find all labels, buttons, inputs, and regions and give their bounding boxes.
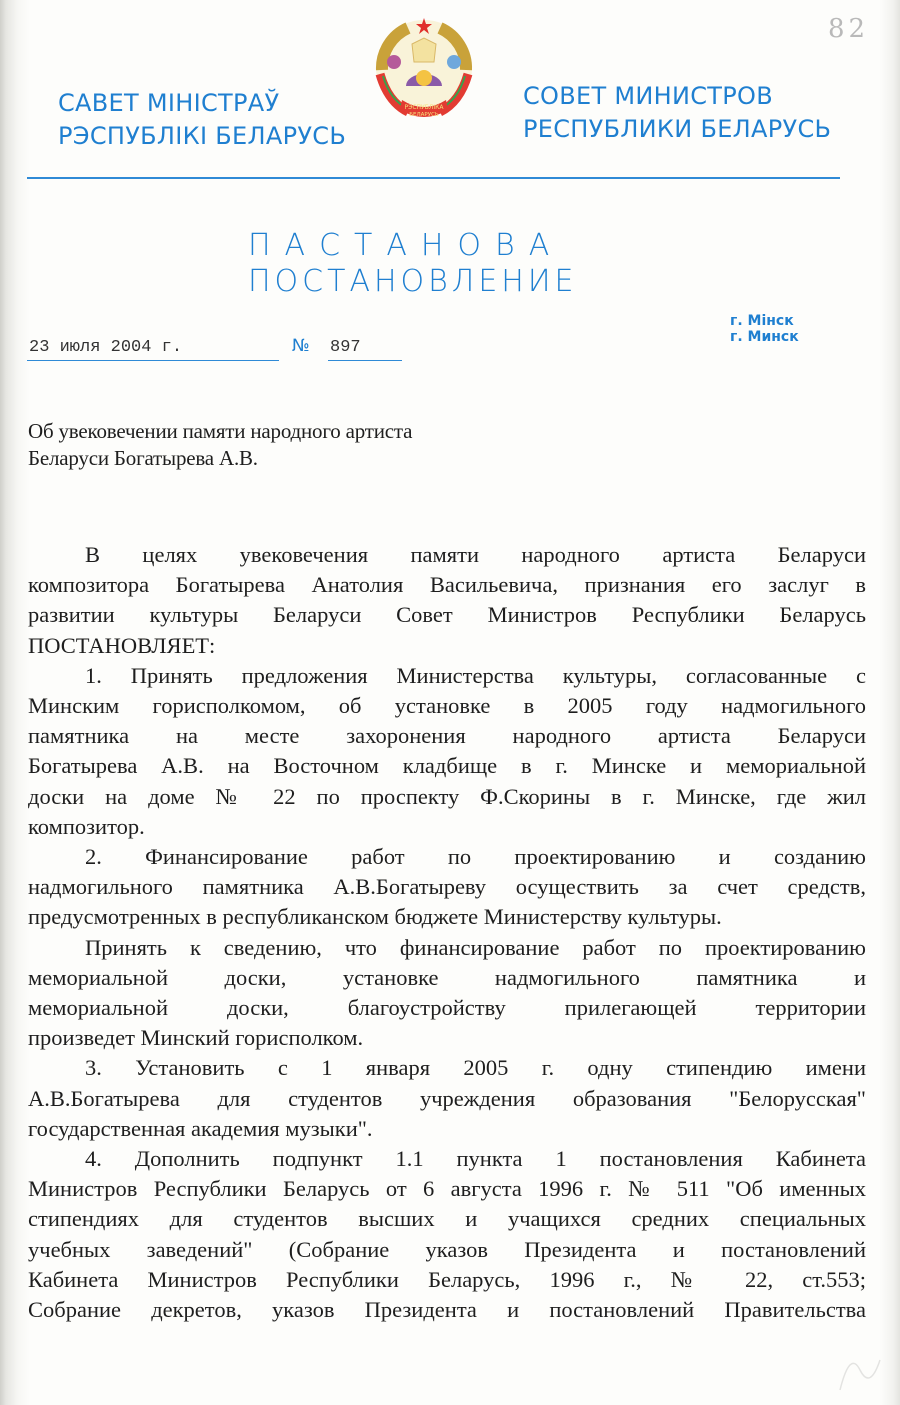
text-line: Минским горисполкомом, об установке в 20… bbox=[28, 691, 866, 721]
item-4-paragraph: 4. Дополнить подпункт 1.1 пункта 1 поста… bbox=[28, 1144, 866, 1325]
document-type-ru: ПОСТАНОВЛЕНИЕ bbox=[248, 264, 577, 300]
item-3-paragraph: 3. Установить с 1 января 2005 г. одну ст… bbox=[28, 1053, 866, 1144]
letterhead-belarusian: САВЕТ МІНІСТРАЎ РЭСПУБЛІКІ БЕЛАРУСЬ bbox=[58, 87, 346, 153]
text-line: учебных заведений" (Собрание указов През… bbox=[28, 1235, 866, 1265]
document-body: В целях увековечения памяти народного ар… bbox=[28, 540, 866, 1325]
text-line: надмогильного памятника А.В.Богатыреву о… bbox=[28, 872, 866, 902]
document-date: 23 июля 2004 г. bbox=[27, 338, 279, 361]
text-line: композитора Богатырева Анатолия Васильев… bbox=[28, 570, 866, 600]
number-label: № bbox=[292, 336, 310, 356]
text-line: предусмотренных в республиканском бюджет… bbox=[28, 902, 866, 932]
text-line: Богатырева А.В. на Восточном кладбище в … bbox=[28, 751, 866, 781]
city-ru: г. Минск bbox=[730, 329, 799, 345]
document-subject: Об увековечении памяти народного артиста… bbox=[28, 418, 588, 472]
document-number: 897 bbox=[328, 338, 402, 361]
letterhead-russian: СОВЕТ МИНИСТРОВ РЕСПУБЛИКИ БЕЛАРУСЬ bbox=[523, 80, 831, 146]
letterhead-ru-line1: СОВЕТ МИНИСТРОВ bbox=[523, 80, 831, 113]
document-type-be: ПАСТАНОВА bbox=[248, 228, 577, 264]
text-line: Собрание декретов, указов Президента и п… bbox=[28, 1295, 866, 1325]
page-number: 82 bbox=[828, 14, 869, 44]
text-line: 1. Принять предложения Министерства куль… bbox=[28, 661, 866, 691]
document-page: 82 САВЕТ МІНІСТРАЎ РЭСПУБЛІКІ БЕЛАРУСЬ Р… bbox=[0, 0, 900, 1405]
text-line: 4. Дополнить подпункт 1.1 пункта 1 поста… bbox=[28, 1144, 866, 1174]
letterhead-divider bbox=[27, 177, 840, 179]
text-line: ПОСТАНОВЛЯЕТ: bbox=[28, 631, 866, 661]
text-line: памятника на месте захоронения народного… bbox=[28, 721, 866, 751]
subject-line-1: Об увековечении памяти народного артиста bbox=[28, 418, 588, 445]
text-line: мемориальной доски, установке надмогильн… bbox=[28, 963, 866, 993]
letterhead-ru-line2: РЕСПУБЛИКИ БЕЛАРУСЬ bbox=[523, 113, 831, 146]
text-line: композитор. bbox=[28, 812, 866, 842]
emblem-text-2: БЕЛАРУСЬ bbox=[409, 112, 439, 118]
text-line: 2. Финансирование работ по проектировани… bbox=[28, 842, 866, 872]
text-line: Кабинета Министров Республики Беларусь, … bbox=[28, 1265, 866, 1295]
text-line: 3. Установить с 1 января 2005 г. одну ст… bbox=[28, 1053, 866, 1083]
emblem-text-1: РЭСПУБЛІКА bbox=[405, 104, 445, 111]
text-line: государственная академия музыки". bbox=[28, 1114, 866, 1144]
text-line: Принять к сведению, что финансирование р… bbox=[28, 933, 866, 963]
text-line: доски на доме № 22 по проспекту Ф.Скорин… bbox=[28, 782, 866, 812]
item-1-paragraph: 1. Принять предложения Министерства куль… bbox=[28, 661, 866, 842]
city: г. Мінск г. Минск bbox=[730, 313, 799, 345]
state-emblem-icon: РЭСПУБЛІКА БЕЛАРУСЬ bbox=[368, 10, 480, 122]
subject-line-2: Беларуси Богатырева А.В. bbox=[28, 445, 588, 472]
item-2-note-paragraph: Принять к сведению, что финансирование р… bbox=[28, 933, 866, 1054]
letterhead-be-line2: РЭСПУБЛІКІ БЕЛАРУСЬ bbox=[58, 120, 346, 153]
item-2-paragraph: 2. Финансирование работ по проектировани… bbox=[28, 842, 866, 933]
text-line: В целях увековечения памяти народного ар… bbox=[28, 540, 866, 570]
bleed-through-signature-icon bbox=[830, 1340, 890, 1400]
preamble-paragraph: В целях увековечения памяти народного ар… bbox=[28, 540, 866, 661]
text-line: развитии культуры Беларуси Совет Министр… bbox=[28, 600, 866, 630]
city-be: г. Мінск bbox=[730, 313, 799, 329]
text-line: стипендиях для студентов высших и учащих… bbox=[28, 1204, 866, 1234]
letterhead-be-line1: САВЕТ МІНІСТРАЎ bbox=[58, 87, 346, 120]
document-type: ПАСТАНОВА ПОСТАНОВЛЕНИЕ bbox=[248, 228, 577, 300]
text-line: А.В.Богатырева для студентов учреждения … bbox=[28, 1084, 866, 1114]
text-line: произведет Минский горисполком. bbox=[28, 1023, 866, 1053]
text-line: мемориальной доски, благоустройству прил… bbox=[28, 993, 866, 1023]
text-line: Министров Республики Беларусь от 6 авгус… bbox=[28, 1174, 866, 1204]
